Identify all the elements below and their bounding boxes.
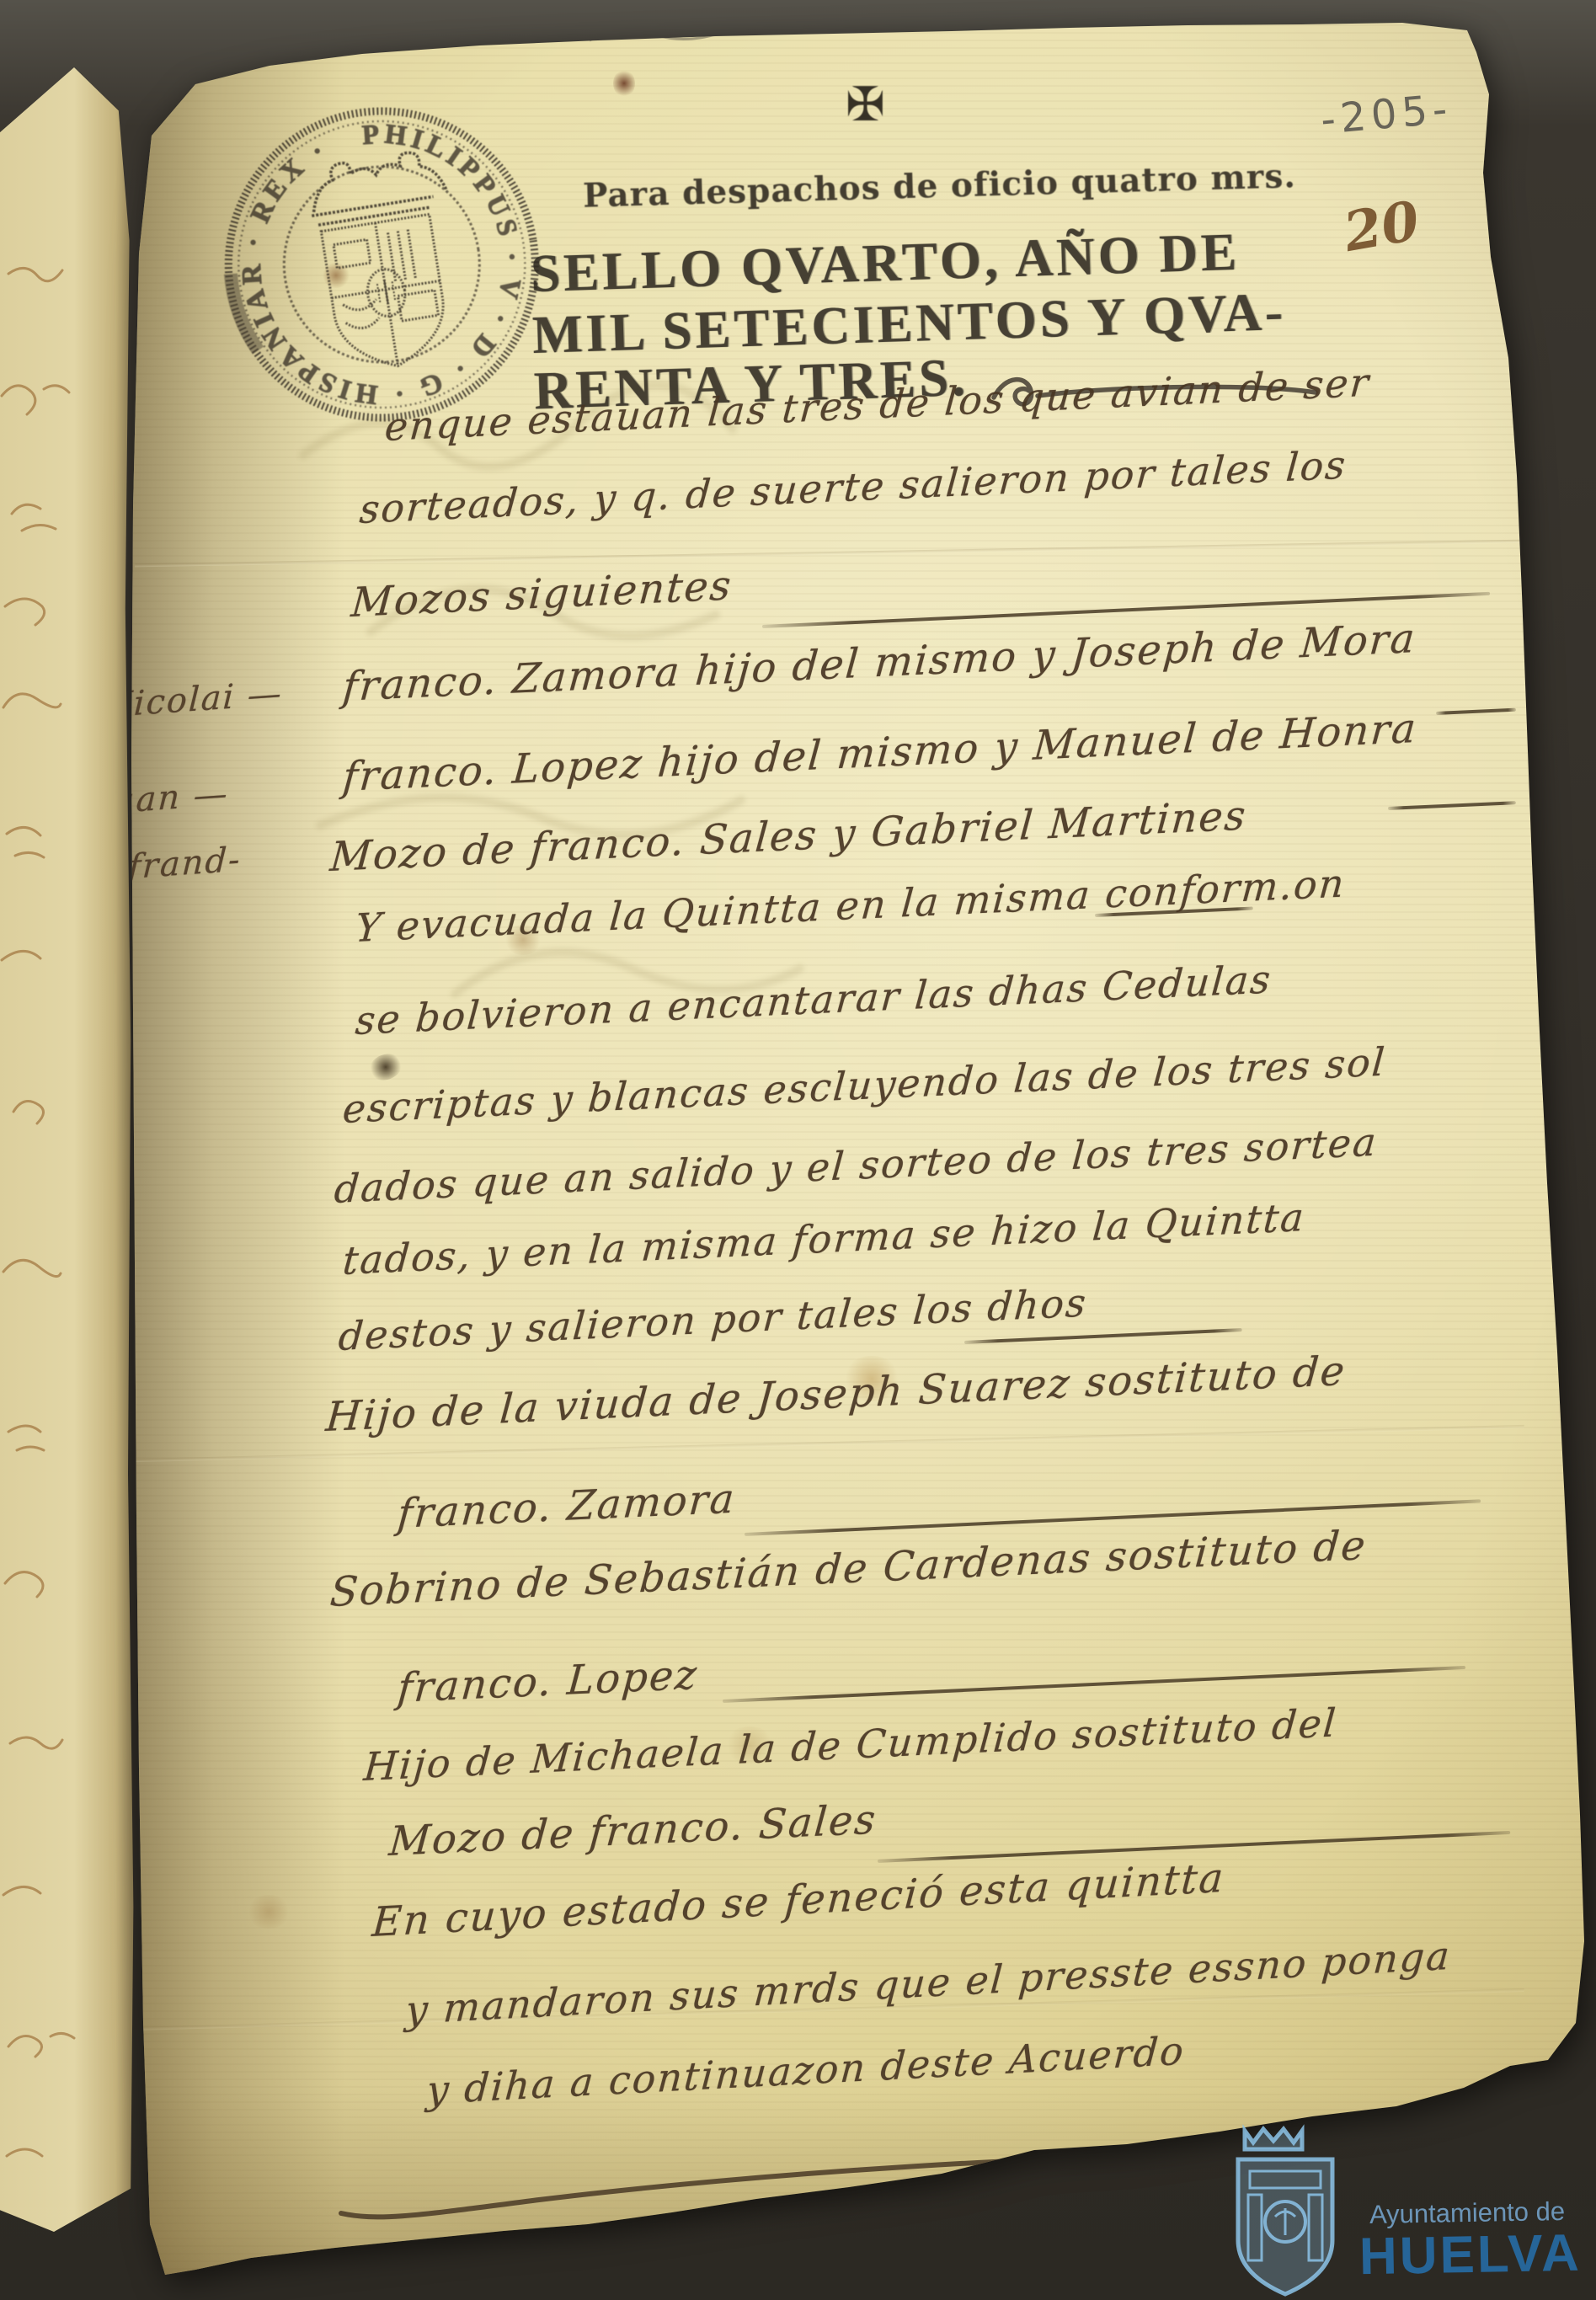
scanned-archive-page: { "printed": { "tax_line": "Para despach… <box>0 0 1596 2300</box>
huelva-shield-icon <box>1220 2121 1354 2300</box>
pencil-scuffs <box>573 7 1078 66</box>
benediction-cross-icon: ✠ <box>846 77 885 132</box>
paper-sheet-wrap: PHILIPPUS · V · D · G · HISPANIAR · REX … <box>0 0 1596 2300</box>
paper-sheet: PHILIPPUS · V · D · G · HISPANIAR · REX … <box>0 0 1596 2300</box>
folio-number-ink: 20 <box>1339 189 1424 264</box>
foxing-spot <box>246 1895 291 1929</box>
ink-stain <box>613 69 635 98</box>
closing-swash <box>320 2122 1280 2232</box>
watermark-title: HUELVA <box>1358 2223 1582 2287</box>
archive-watermark: Ayuntamiento de HUELVA <box>1204 2097 1596 2300</box>
